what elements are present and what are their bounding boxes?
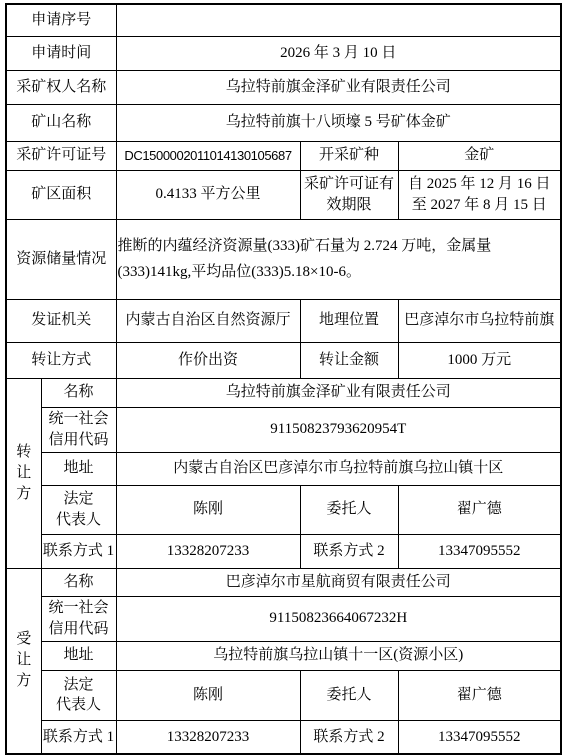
transferor-name-value: 乌拉特前旗金泽矿业有限责任公司 — [116, 378, 561, 407]
location-value: 巴彦淖尔市乌拉特前旗 — [398, 299, 561, 342]
mineral-value: 金矿 — [398, 141, 561, 170]
validity-value: 自 2025 年 12 月 16 日 至 2027 年 8 月 15 日 — [398, 170, 561, 219]
transferor-contact2-label: 联系方式 2 — [300, 534, 398, 568]
transferee-credit-code-label: 统一社会 信用代码 — [41, 596, 116, 641]
transferee-contact2-value: 13347095552 — [398, 720, 561, 754]
mine-name-value: 乌拉特前旗十八顷壕 5 号矿体金矿 — [116, 104, 561, 141]
transferor-section-label: 转让方 — [6, 378, 41, 568]
transferor-contact2-value: 13347095552 — [398, 534, 561, 568]
table-row: 矿山名称 乌拉特前旗十八顷壕 5 号矿体金矿 — [6, 104, 561, 141]
transferee-legal-rep-label: 法定 代表人 — [41, 670, 116, 720]
transferor-agent-label: 委托人 — [300, 485, 398, 534]
table-row: 联系方式 1 13328207233 联系方式 2 13347095552 — [6, 720, 561, 754]
transfer-amount-label: 转让金额 — [300, 342, 398, 378]
table-row: 采矿权人名称 乌拉特前旗金泽矿业有限责任公司 — [6, 70, 561, 104]
transferee-name-label: 名称 — [41, 568, 116, 596]
mine-name-label: 矿山名称 — [6, 104, 116, 141]
transferee-address-label: 地址 — [41, 641, 116, 670]
transferor-contact1-value: 13328207233 — [116, 534, 300, 568]
transferee-section-label: 受让方 — [6, 568, 41, 754]
transferee-contact1-label: 联系方式 1 — [41, 720, 116, 754]
table-row: 转让方式 作价出资 转让金额 1000 万元 — [6, 342, 561, 378]
table-row: 采矿许可证号 DC1500002011014130105687 开采矿种 金矿 — [6, 141, 561, 170]
table-row: 资源储量情况 推断的内蕴经济资源量(333)矿石量为 2.724 万吨，金属量(… — [6, 219, 561, 299]
application-date-label: 申请时间 — [6, 36, 116, 70]
transferee-address-value: 乌拉特前旗乌拉山镇十一区(资源小区) — [116, 641, 561, 670]
table-row: 申请序号 — [6, 4, 561, 36]
transferor-legal-rep-value: 陈刚 — [116, 485, 300, 534]
transferor-credit-code-label: 统一社会 信用代码 — [41, 407, 116, 452]
location-label: 地理位置 — [300, 299, 398, 342]
transferor-address-value: 内蒙古自治区巴彦淖尔市乌拉特前旗乌拉山镇十区 — [116, 452, 561, 485]
table-row: 受让方 名称 巴彦淖尔市星航商贸有限责任公司 — [6, 568, 561, 596]
transferee-contact1-value: 13328207233 — [116, 720, 300, 754]
mining-transfer-application-page: 申请序号 申请时间 2026 年 3 月 10 日 采矿权人名称 乌拉特前旗金泽… — [0, 0, 568, 756]
transferor-legal-rep-label: 法定 代表人 — [41, 485, 116, 534]
reserves-label: 资源储量情况 — [6, 219, 116, 299]
table-row: 统一社会 信用代码 91150823793620954T — [6, 407, 561, 452]
table-row: 申请时间 2026 年 3 月 10 日 — [6, 36, 561, 70]
transferee-contact2-label: 联系方式 2 — [300, 720, 398, 754]
transferee-name-value: 巴彦淖尔市星航商贸有限责任公司 — [116, 568, 561, 596]
mineral-label: 开采矿种 — [300, 141, 398, 170]
table-row: 法定 代表人 陈刚 委托人 翟广德 — [6, 670, 561, 720]
table-row: 矿区面积 0.4133 平方公里 采矿许可证有效期限 自 2025 年 12 月… — [6, 170, 561, 219]
transferee-legal-rep-value: 陈刚 — [116, 670, 300, 720]
table-row: 发证机关 内蒙古自治区自然资源厅 地理位置 巴彦淖尔市乌拉特前旗 — [6, 299, 561, 342]
transferor-section-label-text: 转让方 — [16, 442, 32, 505]
transfer-method-value: 作价出资 — [116, 342, 300, 378]
transfer-method-label: 转让方式 — [6, 342, 116, 378]
reserves-value: 推断的内蕴经济资源量(333)矿石量为 2.724 万吨，金属量(333)141… — [116, 219, 561, 299]
transfer-application-table: 申请序号 申请时间 2026 年 3 月 10 日 采矿权人名称 乌拉特前旗金泽… — [5, 3, 562, 755]
area-value: 0.4133 平方公里 — [116, 170, 300, 219]
licensee-value: 乌拉特前旗金泽矿业有限责任公司 — [116, 70, 561, 104]
issuer-label: 发证机关 — [6, 299, 116, 342]
table-row: 转让方 名称 乌拉特前旗金泽矿业有限责任公司 — [6, 378, 561, 407]
table-row: 统一社会 信用代码 91150823664067232H — [6, 596, 561, 641]
licensee-label: 采矿权人名称 — [6, 70, 116, 104]
area-label: 矿区面积 — [6, 170, 116, 219]
transfer-amount-value: 1000 万元 — [398, 342, 561, 378]
table-row: 地址 乌拉特前旗乌拉山镇十一区(资源小区) — [6, 641, 561, 670]
table-row: 地址 内蒙古自治区巴彦淖尔市乌拉特前旗乌拉山镇十区 — [6, 452, 561, 485]
application-no-value — [116, 4, 561, 36]
transferor-contact1-label: 联系方式 1 — [41, 534, 116, 568]
transferee-section-label-text: 受让方 — [16, 629, 32, 692]
table-row: 法定 代表人 陈刚 委托人 翟广德 — [6, 485, 561, 534]
transferor-address-label: 地址 — [41, 452, 116, 485]
transferor-credit-code-value: 91150823793620954T — [116, 407, 561, 452]
transferor-agent-value: 翟广德 — [398, 485, 561, 534]
application-no-label: 申请序号 — [6, 4, 116, 36]
transferee-agent-value: 翟广德 — [398, 670, 561, 720]
transferor-name-label: 名称 — [41, 378, 116, 407]
validity-label: 采矿许可证有效期限 — [300, 170, 398, 219]
license-no-value: DC1500002011014130105687 — [116, 141, 300, 170]
transferee-agent-label: 委托人 — [300, 670, 398, 720]
application-date-value: 2026 年 3 月 10 日 — [116, 36, 561, 70]
transferee-credit-code-value: 91150823664067232H — [116, 596, 561, 641]
issuer-value: 内蒙古自治区自然资源厅 — [116, 299, 300, 342]
table-row: 联系方式 1 13328207233 联系方式 2 13347095552 — [6, 534, 561, 568]
license-no-label: 采矿许可证号 — [6, 141, 116, 170]
